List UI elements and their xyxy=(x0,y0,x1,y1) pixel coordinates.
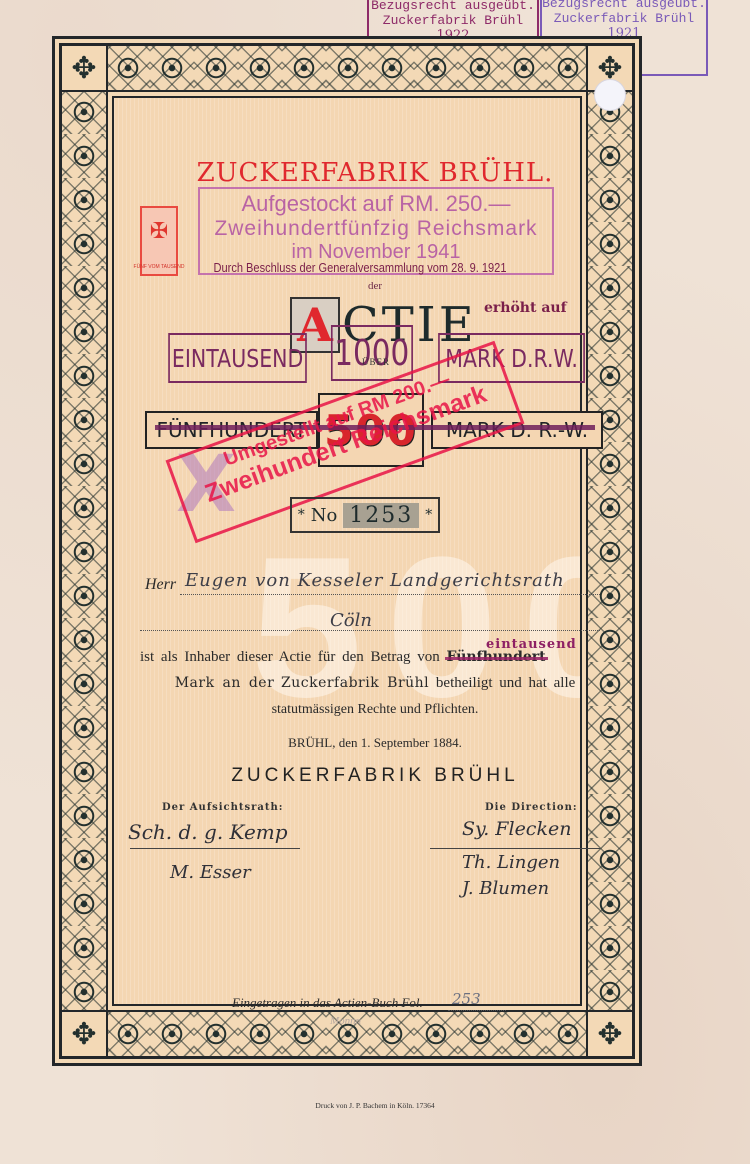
body-line1: ist als Inhaber dieser Actie für den Bet… xyxy=(140,649,610,666)
certificate-number: * No 1253 * xyxy=(290,497,440,533)
eagle-icon: ✠ xyxy=(150,220,168,242)
new-nominal-number-box: 1000 xyxy=(331,325,413,381)
registration-initials: Monnn xyxy=(330,1015,361,1027)
holder-dotted-line xyxy=(180,594,600,595)
corner-ornament-icon: ✥ xyxy=(586,1010,634,1058)
new-nominal-words: EINTAUSEND xyxy=(168,333,307,383)
signature: M. Esser xyxy=(170,862,251,883)
signature: Th. Lingen xyxy=(462,852,560,873)
signature: Sy. Flecken xyxy=(462,818,571,840)
old-amount: Fünfhundert xyxy=(447,649,546,665)
increase-note: erhöht auf xyxy=(484,300,567,316)
der-text: der xyxy=(0,280,750,292)
body-line1-text: ist als Inhaber dieser Actie für den Bet… xyxy=(140,649,440,665)
company-name: ZUCKERFABRIK BRÜHL xyxy=(0,765,750,787)
printer-imprint: Druck von J. P. Bachem in Köln. 17364 xyxy=(0,1101,750,1110)
body-line2-company: Zuckerfabrik Brühl xyxy=(281,675,429,691)
revenue-stamp-text: FÜNF VOM TAUSEND xyxy=(134,264,185,270)
corner-ornament-icon: ✥ xyxy=(60,1010,108,1058)
signature: Sch. d. g. Kemp xyxy=(128,820,288,844)
supervisory-board-label: Der Aufsichtsrath: xyxy=(162,802,283,813)
punch-hole xyxy=(594,79,626,111)
body-line2-post: betheiligt und hat alle xyxy=(436,675,575,691)
holder-city: Cöln xyxy=(330,610,372,631)
number-label: No xyxy=(311,505,338,526)
new-nominal-number: 1000 xyxy=(334,333,409,374)
signature-underline xyxy=(130,848,300,849)
body-line2: Mark an der Zuckerfabrik Brühl betheilig… xyxy=(0,675,750,692)
resolution-line1: Durch Beschluss der Generalversammlung v… xyxy=(190,260,530,275)
number-value: 1253 xyxy=(343,503,419,528)
company-title: ZUCKERFABRIK BRÜHL. xyxy=(0,158,750,188)
increase-stamp-line2: Zweihundertfünfzig Reichsmark xyxy=(200,217,552,241)
ornament-border-left xyxy=(60,44,108,1058)
body-line2-pre: Mark an der xyxy=(175,675,275,691)
ornament-border-top xyxy=(60,44,634,92)
stamp-line1: Bezugsrecht ausgeübt. xyxy=(369,0,537,14)
signature-underline xyxy=(430,848,600,849)
ueber-label: ÜBER xyxy=(362,357,390,367)
signature: J. Blumen xyxy=(462,878,549,899)
resolution-text: Durch Beschluss der Generalversammlung v… xyxy=(190,260,530,275)
holder-prefix: Herr xyxy=(145,576,176,594)
increase-stamp-line1: Aufgestockt auf RM. 250.— xyxy=(200,191,552,217)
ornament-border-right xyxy=(586,44,634,1058)
registration-dotted-line xyxy=(448,1010,506,1011)
corner-ornament-icon: ✥ xyxy=(60,44,108,92)
registration-label: Eingetragen in das Actien-Buch Fol. xyxy=(232,995,423,1011)
stamp-line2: Zuckerfabrik Brühl xyxy=(542,12,706,27)
holder-name: Eugen von Kesseler Landgerichtsrath xyxy=(185,570,565,591)
registration-folio: 253 xyxy=(452,990,481,1008)
star-icon: * xyxy=(298,507,305,523)
underprint-500: 500 xyxy=(224,528,582,728)
revenue-stamp: ✠ FÜNF VOM TAUSEND xyxy=(140,206,178,276)
star-icon: * xyxy=(425,507,432,523)
dateline: BRÜHL, den 1. September 1884. xyxy=(0,735,750,751)
stamp-line2: Zuckerfabrik Brühl xyxy=(369,14,537,29)
direction-label: Die Direction: xyxy=(485,802,578,813)
body-line3: statutmässigen Rechte und Pflichten. xyxy=(0,702,750,718)
